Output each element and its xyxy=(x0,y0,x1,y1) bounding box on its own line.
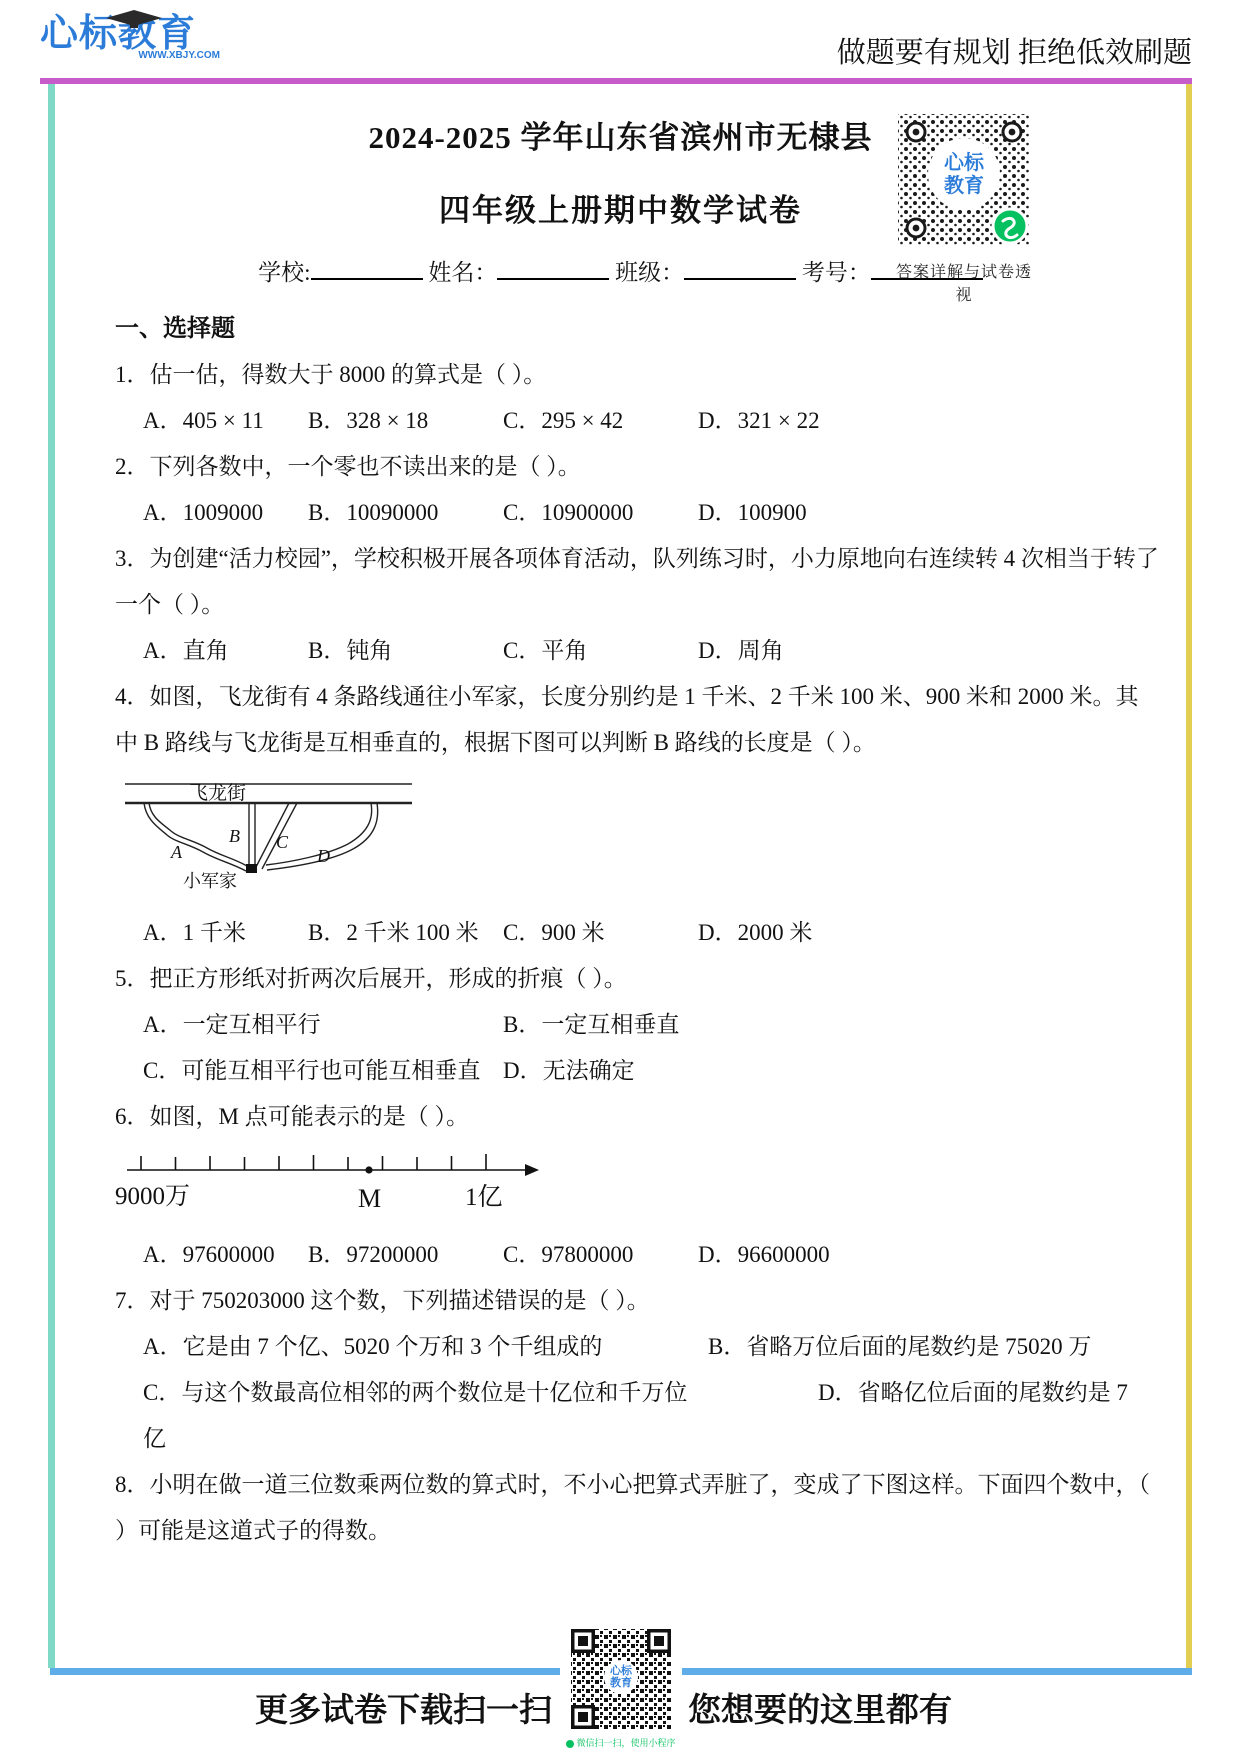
q4-option-c: C．900 米 xyxy=(503,910,698,956)
street-label: 飞龙街 xyxy=(189,782,246,804)
q7-option-a: A．它是由 7 个亿、5020 个万和 3 个千组成的 xyxy=(143,1324,708,1370)
footer-right-text: 您想要的这里都有 xyxy=(688,1684,952,1731)
q6-option-c: C．97800000 xyxy=(503,1232,698,1278)
q4-option-b: B．2 千米 100 米 xyxy=(308,910,503,956)
question-7-options-row2: C．与这个数最高位相邻的两个数位是十亿位和千万位 D．省略亿位后面的尾数约是 7 xyxy=(115,1370,1161,1416)
graduation-cap-icon xyxy=(106,10,162,30)
q7-option-c: C．与这个数最高位相邻的两个数位是十亿位和千万位 xyxy=(143,1370,818,1416)
numberline-start-label: 9000万 xyxy=(115,1183,190,1210)
q1-option-a: A．405 × 11 xyxy=(143,398,308,444)
label-class: 班级： xyxy=(615,260,684,285)
download-qr-code: 心标 教育 xyxy=(568,1626,674,1732)
header-slogan: 做题要有规划 拒绝低效刷题 xyxy=(837,30,1192,71)
q5-option-a: A．一定互相平行 xyxy=(143,1002,503,1048)
school-blank-field xyxy=(311,256,423,280)
point-m-dot xyxy=(365,1166,372,1173)
content-frame: 2024-2025 学年山东省滨州市无棣县 四年级上册期中数学试卷 学校: 姓名… xyxy=(48,84,1192,1668)
label-exam-no: 考号： xyxy=(802,260,871,285)
download-qr-caption-text: 微信扫一扫，使用小程序 xyxy=(576,1738,675,1748)
download-qr-logo-line2: 教育 xyxy=(609,1675,632,1689)
question-4-stem: 4．如图，飞龙街有 4 条路线通往小军家，长度分别约是 1 千米、2 千米 10… xyxy=(115,674,1161,766)
numberline-end-label: 1亿 xyxy=(465,1183,503,1211)
q1-option-b: B．328 × 18 xyxy=(308,398,503,444)
q1-option-d: D．321 × 22 xyxy=(698,398,1161,444)
q2-option-a: A．1009000 xyxy=(143,490,308,536)
question-list: 一、选择题 1．估一估，得数大于 8000 的算式是（ ）。 A．405 × 1… xyxy=(115,306,1161,1554)
route-c-label: C xyxy=(276,832,289,852)
name-blank-field xyxy=(497,256,609,280)
miniprogram-icon xyxy=(993,209,1027,243)
q2-option-c: C．10900000 xyxy=(503,490,698,536)
question-7-options-row1: A．它是由 7 个亿、5020 个万和 3 个千组成的 B．省略万位后面的尾数约… xyxy=(115,1324,1161,1370)
q6-option-a: A．97600000 xyxy=(143,1232,308,1278)
q6-option-b: B．97200000 xyxy=(308,1232,503,1278)
q3-option-a: A．直角 xyxy=(143,628,308,674)
q3-option-c: C．平角 xyxy=(503,628,698,674)
qr-logo-line1: 心标 xyxy=(944,150,985,174)
question-1-stem: 1．估一估，得数大于 8000 的算式是（ ）。 xyxy=(115,352,1161,398)
question-1-options: A．405 × 11 B．328 × 18 C．295 × 42 D．321 ×… xyxy=(115,398,1161,444)
q7-option-d: D．省略亿位后面的尾数约是 7 xyxy=(818,1370,1161,1416)
q2-option-d: D．100900 xyxy=(698,490,1161,536)
q3-option-b: B．钝角 xyxy=(308,628,503,674)
question-5-options-row2: C．可能互相平行也可能互相垂直 D．无法确定 xyxy=(115,1048,1161,1094)
number-line-arrow xyxy=(525,1164,539,1176)
footer-left-text: 更多试卷下载扫一扫 xyxy=(0,1684,552,1731)
label-school: 学校: xyxy=(258,260,310,285)
question-7-stem: 7．对于 750203000 这个数，下列描述错误的是（ ）。 xyxy=(115,1278,1161,1324)
q4-option-d: D．2000 米 xyxy=(698,910,1161,956)
question-3-options: A．直角 B．钝角 C．平角 D．周角 xyxy=(115,628,1161,674)
number-line-ticks xyxy=(141,1154,486,1170)
qr-logo-line2: 教育 xyxy=(944,173,984,197)
question-5-stem: 5．把正方形纸对折两次后展开，形成的折痕（ ）。 xyxy=(115,956,1161,1002)
numberline-m-label: M xyxy=(358,1184,381,1213)
label-name: 姓名： xyxy=(428,260,497,285)
q7-option-d-continuation: 亿 xyxy=(115,1416,1161,1462)
q5-option-d: D．无法确定 xyxy=(503,1048,1161,1094)
question-8-stem: 8．小明在做一道三位数乘两位数的算式时，不小心把算式弄脏了，变成了下图这样。下面… xyxy=(115,1462,1161,1554)
q1-option-c: C．295 × 42 xyxy=(503,398,698,444)
home-label: 小军家 xyxy=(183,871,237,890)
exam-paper-page: 心标教育 WWW.XBJY.COM 做题要有规划 拒绝低效刷题 2024-202… xyxy=(0,0,1240,1754)
answer-qr-code: 心标 教育 xyxy=(894,110,1034,250)
section-title: 一、选择题 xyxy=(115,306,1161,352)
download-qr-caption: 微信扫一扫，使用小程序 xyxy=(562,1737,680,1749)
question-4-options: A．1 千米 B．2 千米 100 米 C．900 米 D．2000 米 xyxy=(115,910,1161,956)
question-5-options-row1: A．一定互相平行 B．一定互相垂直 xyxy=(115,1002,1161,1048)
question-2-stem: 2．下列各数中，一个零也不读出来的是（ ）。 xyxy=(115,444,1161,490)
class-blank-field xyxy=(684,256,796,280)
number-line-figure: 9000万 M 1亿 xyxy=(115,1144,547,1216)
q7-option-b: B．省略万位后面的尾数约是 75020 万 xyxy=(708,1324,1161,1370)
answer-qr-caption: 答案详解与试卷透视 xyxy=(894,259,1034,305)
brand-logo: 心标教育 WWW.XBJY.COM xyxy=(40,14,250,61)
q2-option-b: B．10090000 xyxy=(308,490,503,536)
route-d-label: D xyxy=(316,846,330,866)
download-qr-logo-line1: 心标 xyxy=(610,1663,633,1677)
wechat-icon xyxy=(566,1740,574,1748)
question-6-stem: 6．如图，M 点可能表示的是（ ）。 xyxy=(115,1094,1161,1140)
answer-qr-block: 心标 教育 答案详解与试卷透视 xyxy=(894,110,1034,305)
routes-map-figure: 飞龙街 A B C D 小军家 xyxy=(121,778,416,890)
question-3-stem: 3．为创建“活力校园”，学校积极开展各项体育活动，队列练习时，小力原地向右连续转… xyxy=(115,536,1161,628)
q5-option-b: B．一定互相垂直 xyxy=(503,1002,1161,1048)
qr-center-logo: 心标 教育 xyxy=(944,150,985,197)
q6-option-d: D．96600000 xyxy=(698,1232,1161,1278)
download-qr-block: 心标 教育 微信扫一扫，使用小程序 xyxy=(560,1624,682,1749)
q4-option-a: A．1 千米 xyxy=(143,910,308,956)
home-marker xyxy=(246,864,257,873)
q5-option-c: C．可能互相平行也可能互相垂直 xyxy=(143,1048,503,1094)
route-b-label: B xyxy=(229,826,240,846)
question-2-options: A．1009000 B．10090000 C．10900000 D．100900 xyxy=(115,490,1161,536)
route-a-label: A xyxy=(170,842,183,862)
question-6-options: A．97600000 B．97200000 C．97800000 D．96600… xyxy=(115,1232,1161,1278)
q3-option-d: D．周角 xyxy=(698,628,1161,674)
